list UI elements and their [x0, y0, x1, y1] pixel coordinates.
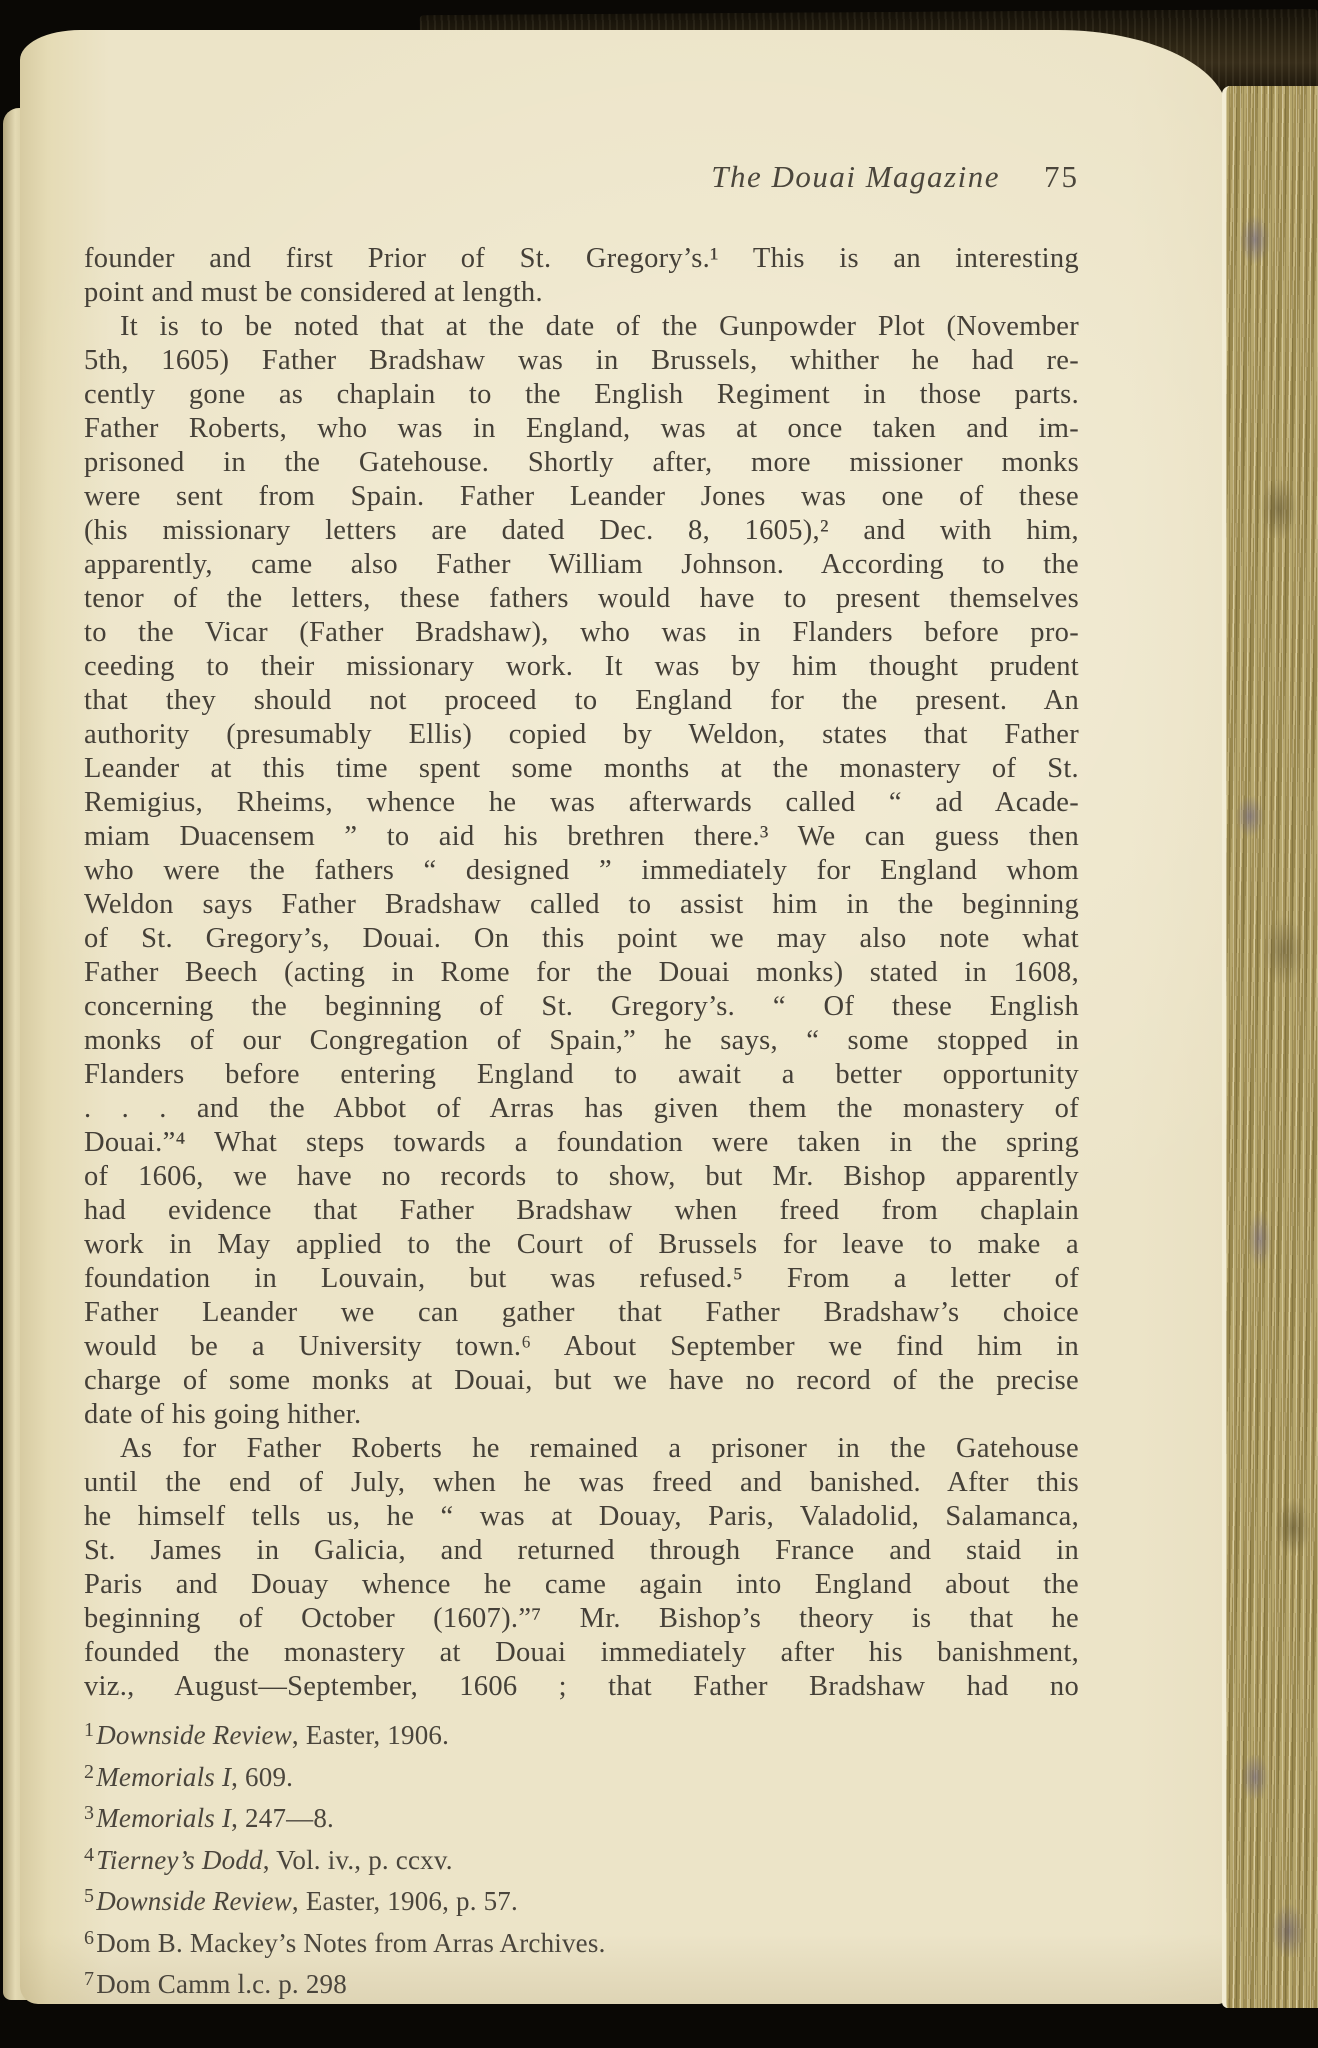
text-line: Weldon says Father Bradshaw called to as…: [84, 888, 1079, 922]
text-line: date of his going hither.: [84, 1398, 1079, 1432]
text-line: tenor of the letters, these fathers woul…: [84, 582, 1079, 616]
text-line: founded the monastery at Douai immediate…: [84, 1636, 1079, 1670]
footnote-detail: Dom Camm l.c. p. 298: [96, 1969, 347, 1999]
text-line: ceeding to their missionary work. It was…: [84, 650, 1079, 684]
page-stack-fore-edge: [1222, 86, 1318, 2008]
text-line: Paris and Douay whence he came again int…: [84, 1568, 1079, 1602]
text-line: charge of some monks at Douai, but we ha…: [84, 1364, 1079, 1398]
footnote-number: 2: [84, 1761, 94, 1783]
magazine-title: The Douai Magazine: [711, 158, 1000, 196]
text-line: Father Roberts, who was in England, was …: [84, 412, 1079, 446]
text-line: foundation in Louvain, but was refused.⁵…: [84, 1262, 1079, 1296]
text-line: had evidence that Father Bradshaw when f…: [84, 1194, 1079, 1228]
text-line: authority (presumably Ellis) copied by W…: [84, 718, 1079, 752]
footnote-detail: , Easter, 1906, p. 57.: [292, 1886, 518, 1916]
text-line: Douai.”⁴ What steps towards a foundation…: [84, 1126, 1079, 1160]
page-number: 75: [1044, 158, 1079, 196]
text-line: point and must be considered at length.: [84, 276, 1079, 310]
text-line: to the Vicar (Father Bradshaw), who was …: [84, 616, 1079, 650]
footnote-number: 1: [84, 1719, 94, 1741]
text-line: viz., August—September, 1606 ; that Fath…: [84, 1670, 1079, 1704]
text-line: monks of our Congregation of Spain,” he …: [84, 1024, 1079, 1058]
text-line: Father Beech (acting in Rome for the Dou…: [84, 956, 1079, 990]
text-line: cently gone as chaplain to the English R…: [84, 378, 1079, 412]
text-line: beginning of October (1607).”⁷ Mr. Bisho…: [84, 1602, 1079, 1636]
footnote: 5Downside Review, Easter, 1906, p. 57.: [84, 1878, 1079, 1920]
footnote-number: 5: [84, 1885, 94, 1907]
footnote-source: Downside Review: [96, 1886, 292, 1916]
footnote-detail: Dom B. Mackey’s Notes from Arras Archive…: [96, 1928, 605, 1958]
text-line: were sent from Spain. Father Leander Jon…: [84, 480, 1079, 514]
footnote: 2Memorials I, 609.: [84, 1754, 1079, 1796]
footnote-source: Memorials I: [96, 1762, 231, 1792]
footnote-detail: , 247—8.: [231, 1803, 334, 1833]
footnote-source: Tierney’s Dodd: [96, 1845, 263, 1875]
footnote-detail: , Easter, 1906.: [292, 1720, 449, 1750]
running-header: The Douai Magazine 75: [84, 158, 1079, 196]
text-line: St. James in Galicia, and returned throu…: [84, 1534, 1079, 1568]
text-line: (his missionary letters are dated Dec. 8…: [84, 514, 1079, 548]
footnote: 3Memorials I, 247—8.: [84, 1795, 1079, 1837]
text-line: of 1606, we have no records to show, but…: [84, 1160, 1079, 1194]
footnote-number: 3: [84, 1802, 94, 1824]
footnote: 4Tierney’s Dodd, Vol. iv., p. ccxv.: [84, 1837, 1079, 1879]
footnote-number: 4: [84, 1844, 94, 1866]
text-line: . . . and the Abbot of Arras has given t…: [84, 1092, 1079, 1126]
text-line: of St. Gregory’s, Douai. On this point w…: [84, 922, 1079, 956]
text-line: would be a University town.⁶ About Septe…: [84, 1330, 1079, 1364]
article-body: founder and first Prior of St. Gregory’s…: [84, 242, 1079, 1704]
text-line: concerning the beginning of St. Gregory’…: [84, 990, 1079, 1024]
text-line: Leander at this time spent some months a…: [84, 752, 1079, 786]
footnote-source: Downside Review: [96, 1720, 292, 1750]
text-line: miam Duacensem ” to aid his brethren the…: [84, 820, 1079, 854]
footnote-number: 6: [84, 1927, 94, 1949]
text-line: prisoned in the Gatehouse. Shortly after…: [84, 446, 1079, 480]
footnote-number: 7: [84, 1968, 94, 1990]
text-line: 5th, 1605) Father Bradshaw was in Brusse…: [84, 344, 1079, 378]
text-line: Flanders before entering England to awai…: [84, 1058, 1079, 1092]
text-line: As for Father Roberts he remained a pris…: [84, 1432, 1079, 1466]
text-line: who were the fathers “ designed ” immedi…: [84, 854, 1079, 888]
page-content: The Douai Magazine 75 founder and first …: [84, 30, 1079, 2004]
text-line: apparently, came also Father William Joh…: [84, 548, 1079, 582]
text-line: until the end of July, when he was freed…: [84, 1466, 1079, 1500]
text-line: he himself tells us, he “ was at Douay, …: [84, 1500, 1079, 1534]
book-scan: { "header": { "magazine_title": "The Dou…: [0, 0, 1318, 2048]
footnotes: 1Downside Review, Easter, 1906.2Memorial…: [84, 1712, 1079, 2003]
text-line: Remigius, Rheims, whence he was afterwar…: [84, 786, 1079, 820]
footnote-detail: , 609.: [231, 1762, 293, 1792]
text-line: founder and first Prior of St. Gregory’s…: [84, 242, 1079, 276]
text-line: work in May applied to the Court of Brus…: [84, 1228, 1079, 1262]
footnote: 6Dom B. Mackey’s Notes from Arras Archiv…: [84, 1920, 1079, 1962]
footnote: 1Downside Review, Easter, 1906.: [84, 1712, 1079, 1754]
text-line: It is to be noted that at the date of th…: [84, 310, 1079, 344]
footnote-detail: , Vol. iv., p. ccxv.: [263, 1845, 453, 1875]
footnote: 7Dom Camm l.c. p. 298: [84, 1961, 1079, 2003]
footnote-source: Memorials I: [96, 1803, 231, 1833]
text-line: Father Leander we can gather that Father…: [84, 1296, 1079, 1330]
book-page: The Douai Magazine 75 founder and first …: [20, 30, 1228, 2004]
text-line: that they should not proceed to England …: [84, 684, 1079, 718]
